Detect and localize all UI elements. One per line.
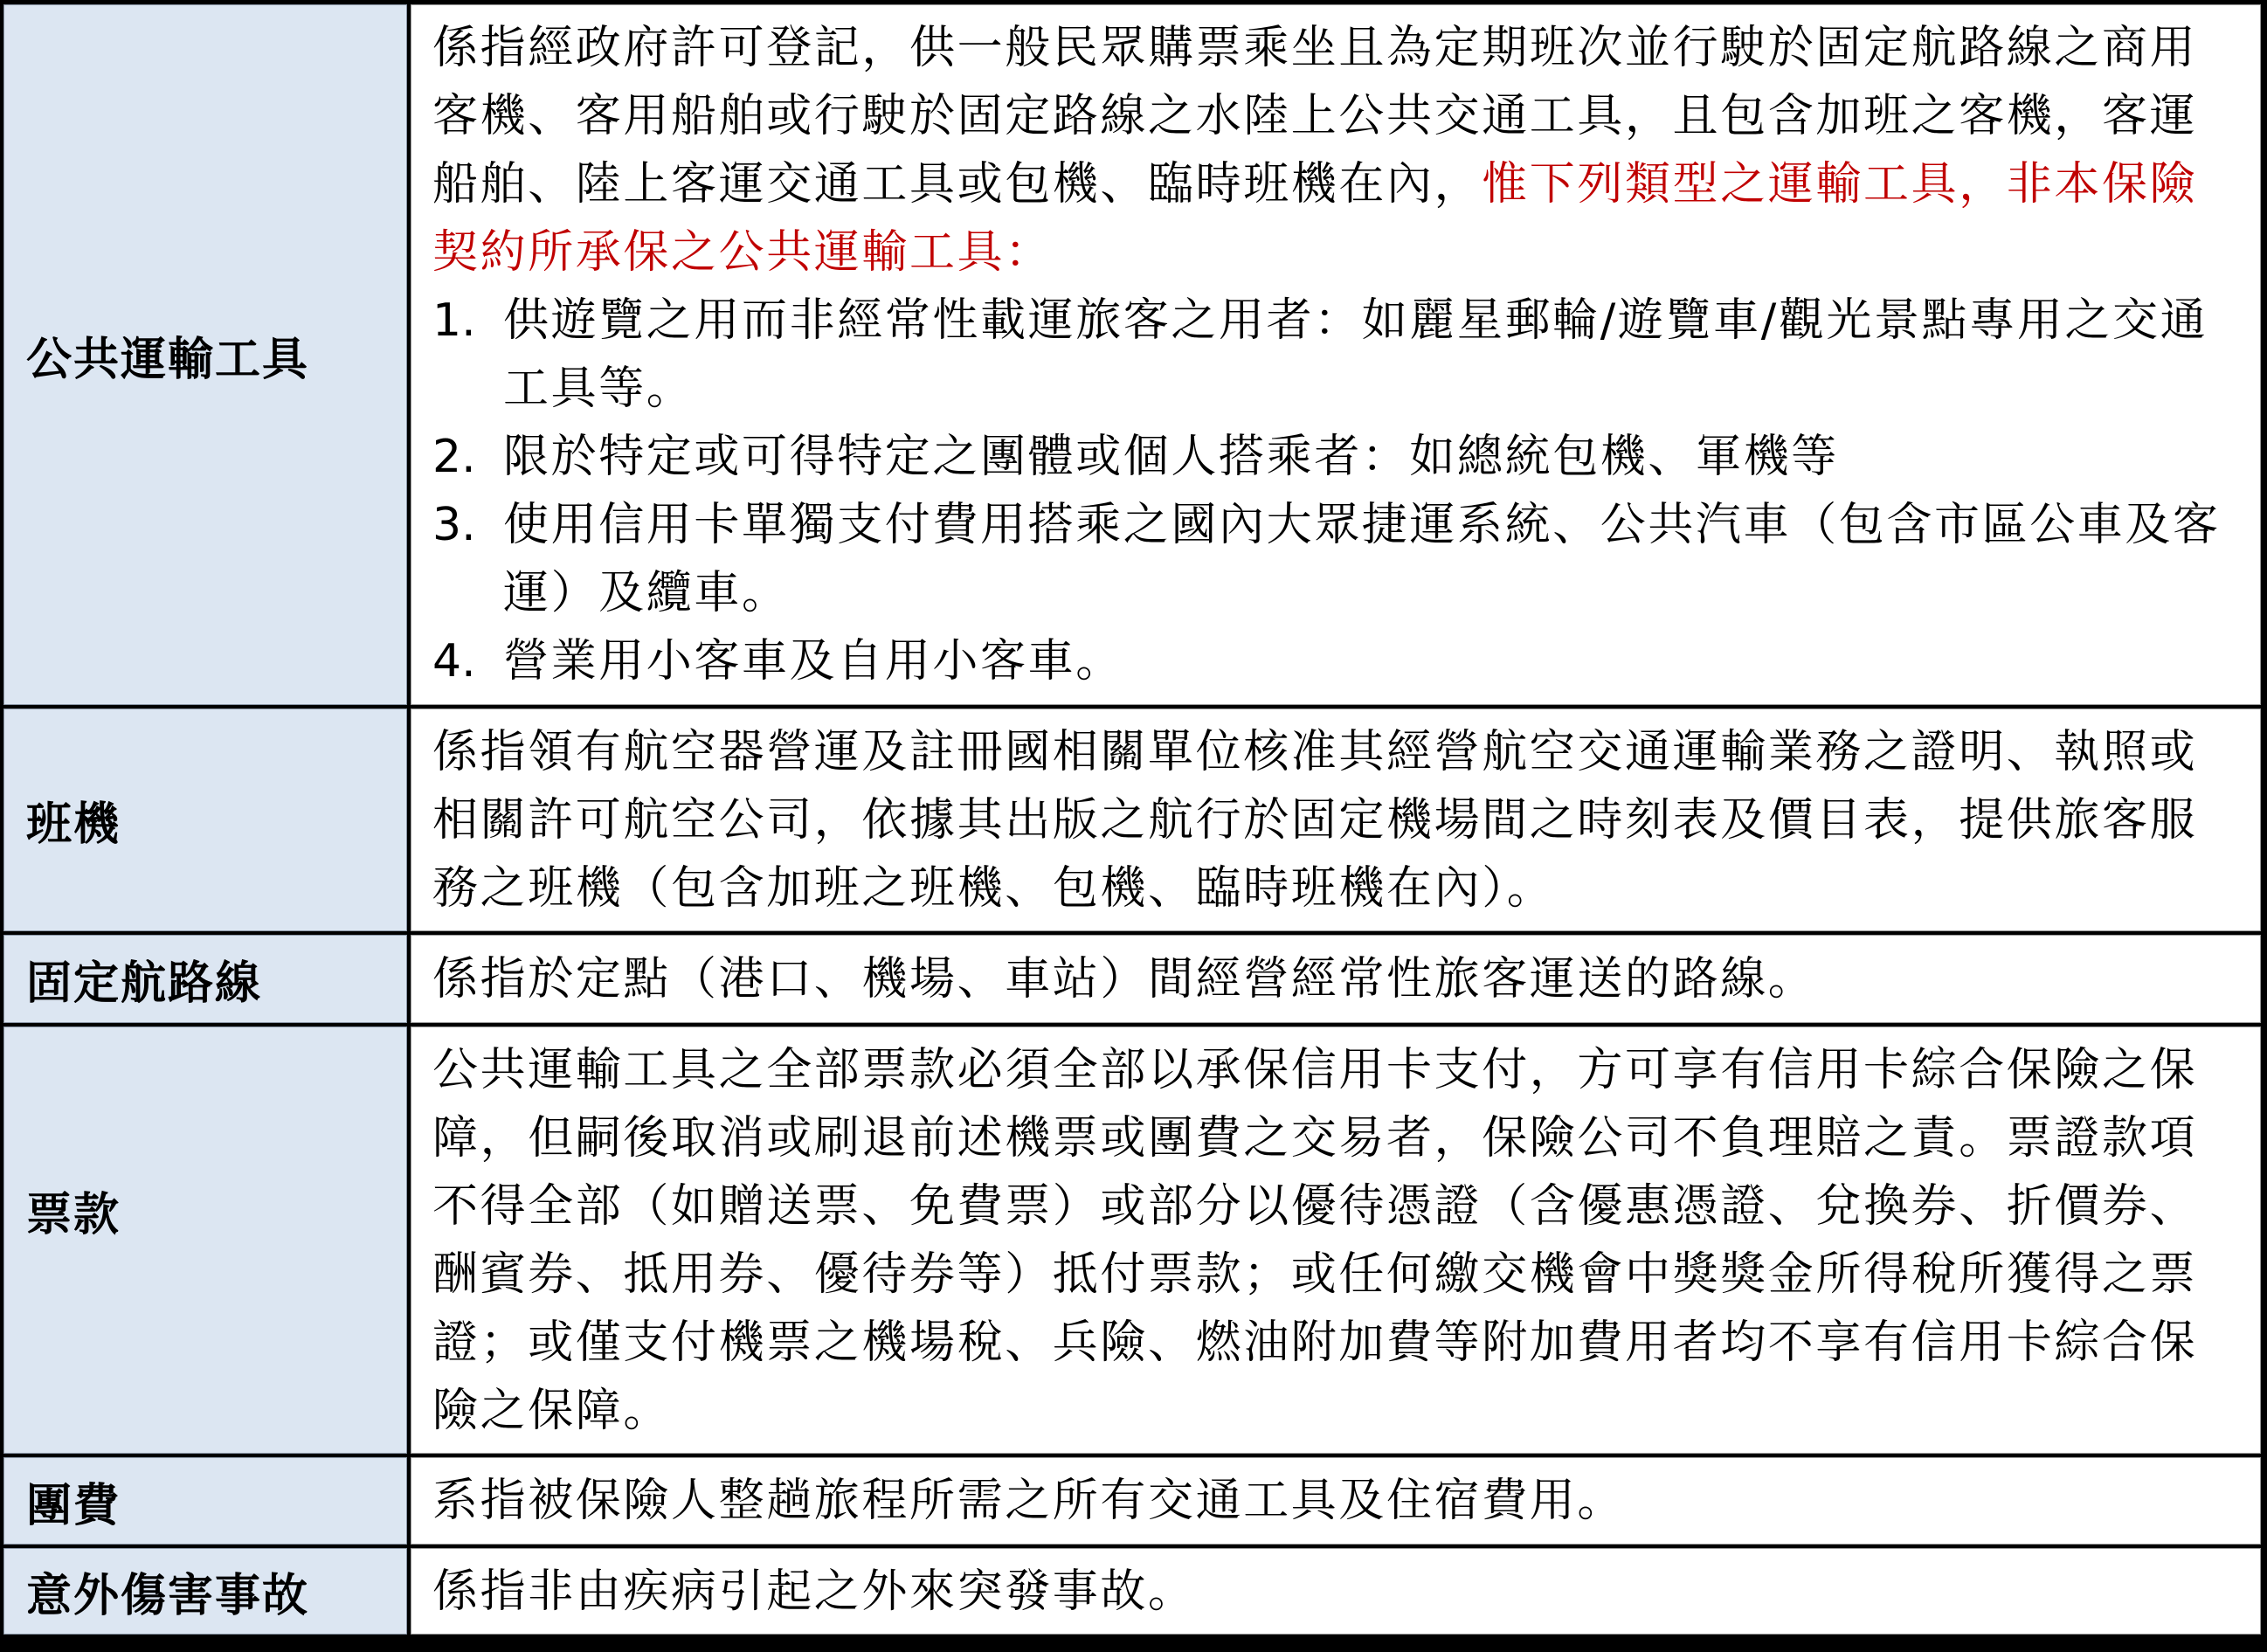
definition-line: 不得全部（如贈送票、免費票）或部分以優待憑證（含優惠憑證、兌換券、折價券、	[432, 1172, 2261, 1241]
exclusion-list-item-4: 4. 營業用小客車及自用小客車。	[432, 627, 2261, 695]
definition-line: 公共運輸工具之全部票款必須全部以承保信用卡支付，方可享有信用卡綜合保險之保	[432, 1036, 2261, 1104]
list-item-continuation: 工具等。	[432, 355, 2261, 423]
definition-cell-public-transport: 係指經政府許可登記，供一般民眾購票乘坐且為定期班次並行駛於固定航路線之商用 客機…	[411, 4, 2261, 705]
definition-line: 系指被保險人整趟旅程所需之所有交通工具及住宿費用。	[432, 1467, 2261, 1535]
list-number: 3.	[432, 491, 503, 559]
definition-line: 障，但嗣後取消或刷退前述機票或團費之交易者，保險公司不負理賠之責。票證款項	[432, 1104, 2261, 1172]
exclusion-warning-text: 惟下列類型之運輸工具，非本保險	[1482, 158, 2197, 211]
term-cell-accident: 意外傷害事故	[3, 1548, 407, 1635]
exclusion-list-item-1: 1. 供遊覽之用而非經常性載運旅客之用者：如麗星郵輪/遊覽車/觀光景點專用之交通	[432, 287, 2261, 355]
definitions-table: 公共運輸工具 係指經政府許可登記，供一般民眾購票乘坐且為定期班次並行駛於固定航路…	[3, 4, 2261, 1635]
definition-line: 客機、客用船舶或行駛於固定路線之水陸上公共交通工具，且包含加班之客機，客運	[432, 82, 2261, 150]
definition-line: 險之保障。	[432, 1377, 2261, 1445]
definition-cell-fare: 公共運輸工具之全部票款必須全部以承保信用卡支付，方可享有信用卡綜合保險之保 障，…	[411, 1026, 2261, 1454]
definition-line: 係指領有航空器營運及註冊國相關單位核准其經營航空交通運輸業務之證明、執照或	[432, 718, 2261, 786]
term-label: 團費	[26, 1469, 121, 1534]
definition-line: 係指非由疾病引起之外來突發事故。	[432, 1558, 2261, 1626]
definition-line: 相關許可航空公司，依據其出版之航行於固定機場間之時刻表及價目表，提供旅客服	[432, 786, 2261, 854]
exclusion-list-item-2: 2. 限於特定或可得特定之團體或個人搭乘者：如總統包機、軍機等	[432, 423, 2261, 491]
list-number: 1.	[432, 287, 503, 355]
term-cell-public-transport: 公共運輸工具	[3, 4, 407, 705]
definition-text: 船舶、陸上客運交通工具或包機、臨時班機在內，	[432, 158, 1482, 211]
definition-cell-accident: 係指非由疾病引起之外來突發事故。	[411, 1548, 2261, 1635]
definition-cell-tour-fee: 系指被保險人整趟旅程所需之所有交通工具及住宿費用。	[411, 1457, 2261, 1545]
term-label: 公共運輸工具	[26, 322, 309, 388]
list-item-text: 使用信用卡單獨支付費用搭乘之國內大眾捷運系統、公共汽車（包含市區公車及客	[503, 491, 2221, 559]
definition-line: 係指經政府許可登記，供一般民眾購票乘坐且為定期班次並行駛於固定航路線之商用	[432, 14, 2261, 82]
term-label: 固定航路線	[26, 946, 262, 1012]
definition-line: 酬賓券、抵用券、優待券等）抵付票款；或任何繳交機會中獎獎金所得稅所獲得之票	[432, 1241, 2261, 1309]
definition-line-mixed: 船舶、陸上客運交通工具或包機、臨時班機在內，惟下列類型之運輸工具，非本保險	[432, 150, 2261, 218]
list-item-continuation: 運）及纜車。	[432, 559, 2261, 627]
term-cell-tour-fee: 團費	[3, 1457, 407, 1545]
term-cell-fixed-route: 固定航路線	[3, 935, 407, 1023]
list-number: 2.	[432, 423, 503, 491]
term-label: 班機	[26, 787, 121, 853]
term-cell-fare: 票款	[3, 1026, 407, 1454]
exclusion-warning-text: 契約所承保之公共運輸工具：	[432, 218, 2261, 287]
definition-cell-scheduled-flight: 係指領有航空器營運及註冊國相關單位核准其經營航空交通運輸業務之證明、執照或 相關…	[411, 708, 2261, 931]
term-cell-scheduled-flight: 班機	[3, 708, 407, 931]
list-number: 4.	[432, 627, 503, 695]
term-label: 票款	[26, 1178, 121, 1243]
definition-cell-fixed-route: 係指於定點（港口、機場、車站）間經營經常性旅客運送的路線。	[411, 935, 2261, 1023]
definition-line: 證；或僅支付機票之機場稅、兵險、燃油附加費等附加費用者均不享有信用卡綜合保	[432, 1309, 2261, 1377]
list-item-text: 營業用小客車及自用小客車。	[503, 627, 1123, 695]
exclusion-list-item-3: 3. 使用信用卡單獨支付費用搭乘之國內大眾捷運系統、公共汽車（包含市區公車及客	[432, 491, 2261, 559]
list-item-text: 供遊覽之用而非經常性載運旅客之用者：如麗星郵輪/遊覽車/觀光景點專用之交通	[503, 287, 2208, 355]
definition-line: 係指於定點（港口、機場、車站）間經營經常性旅客運送的路線。	[432, 945, 2261, 1013]
term-label: 意外傷害事故	[26, 1559, 309, 1624]
definition-line: 務之班機（包含加班之班機、包機、臨時班機在內）。	[432, 854, 2261, 923]
list-item-text: 限於特定或可得特定之團體或個人搭乘者：如總統包機、軍機等	[503, 423, 1839, 491]
